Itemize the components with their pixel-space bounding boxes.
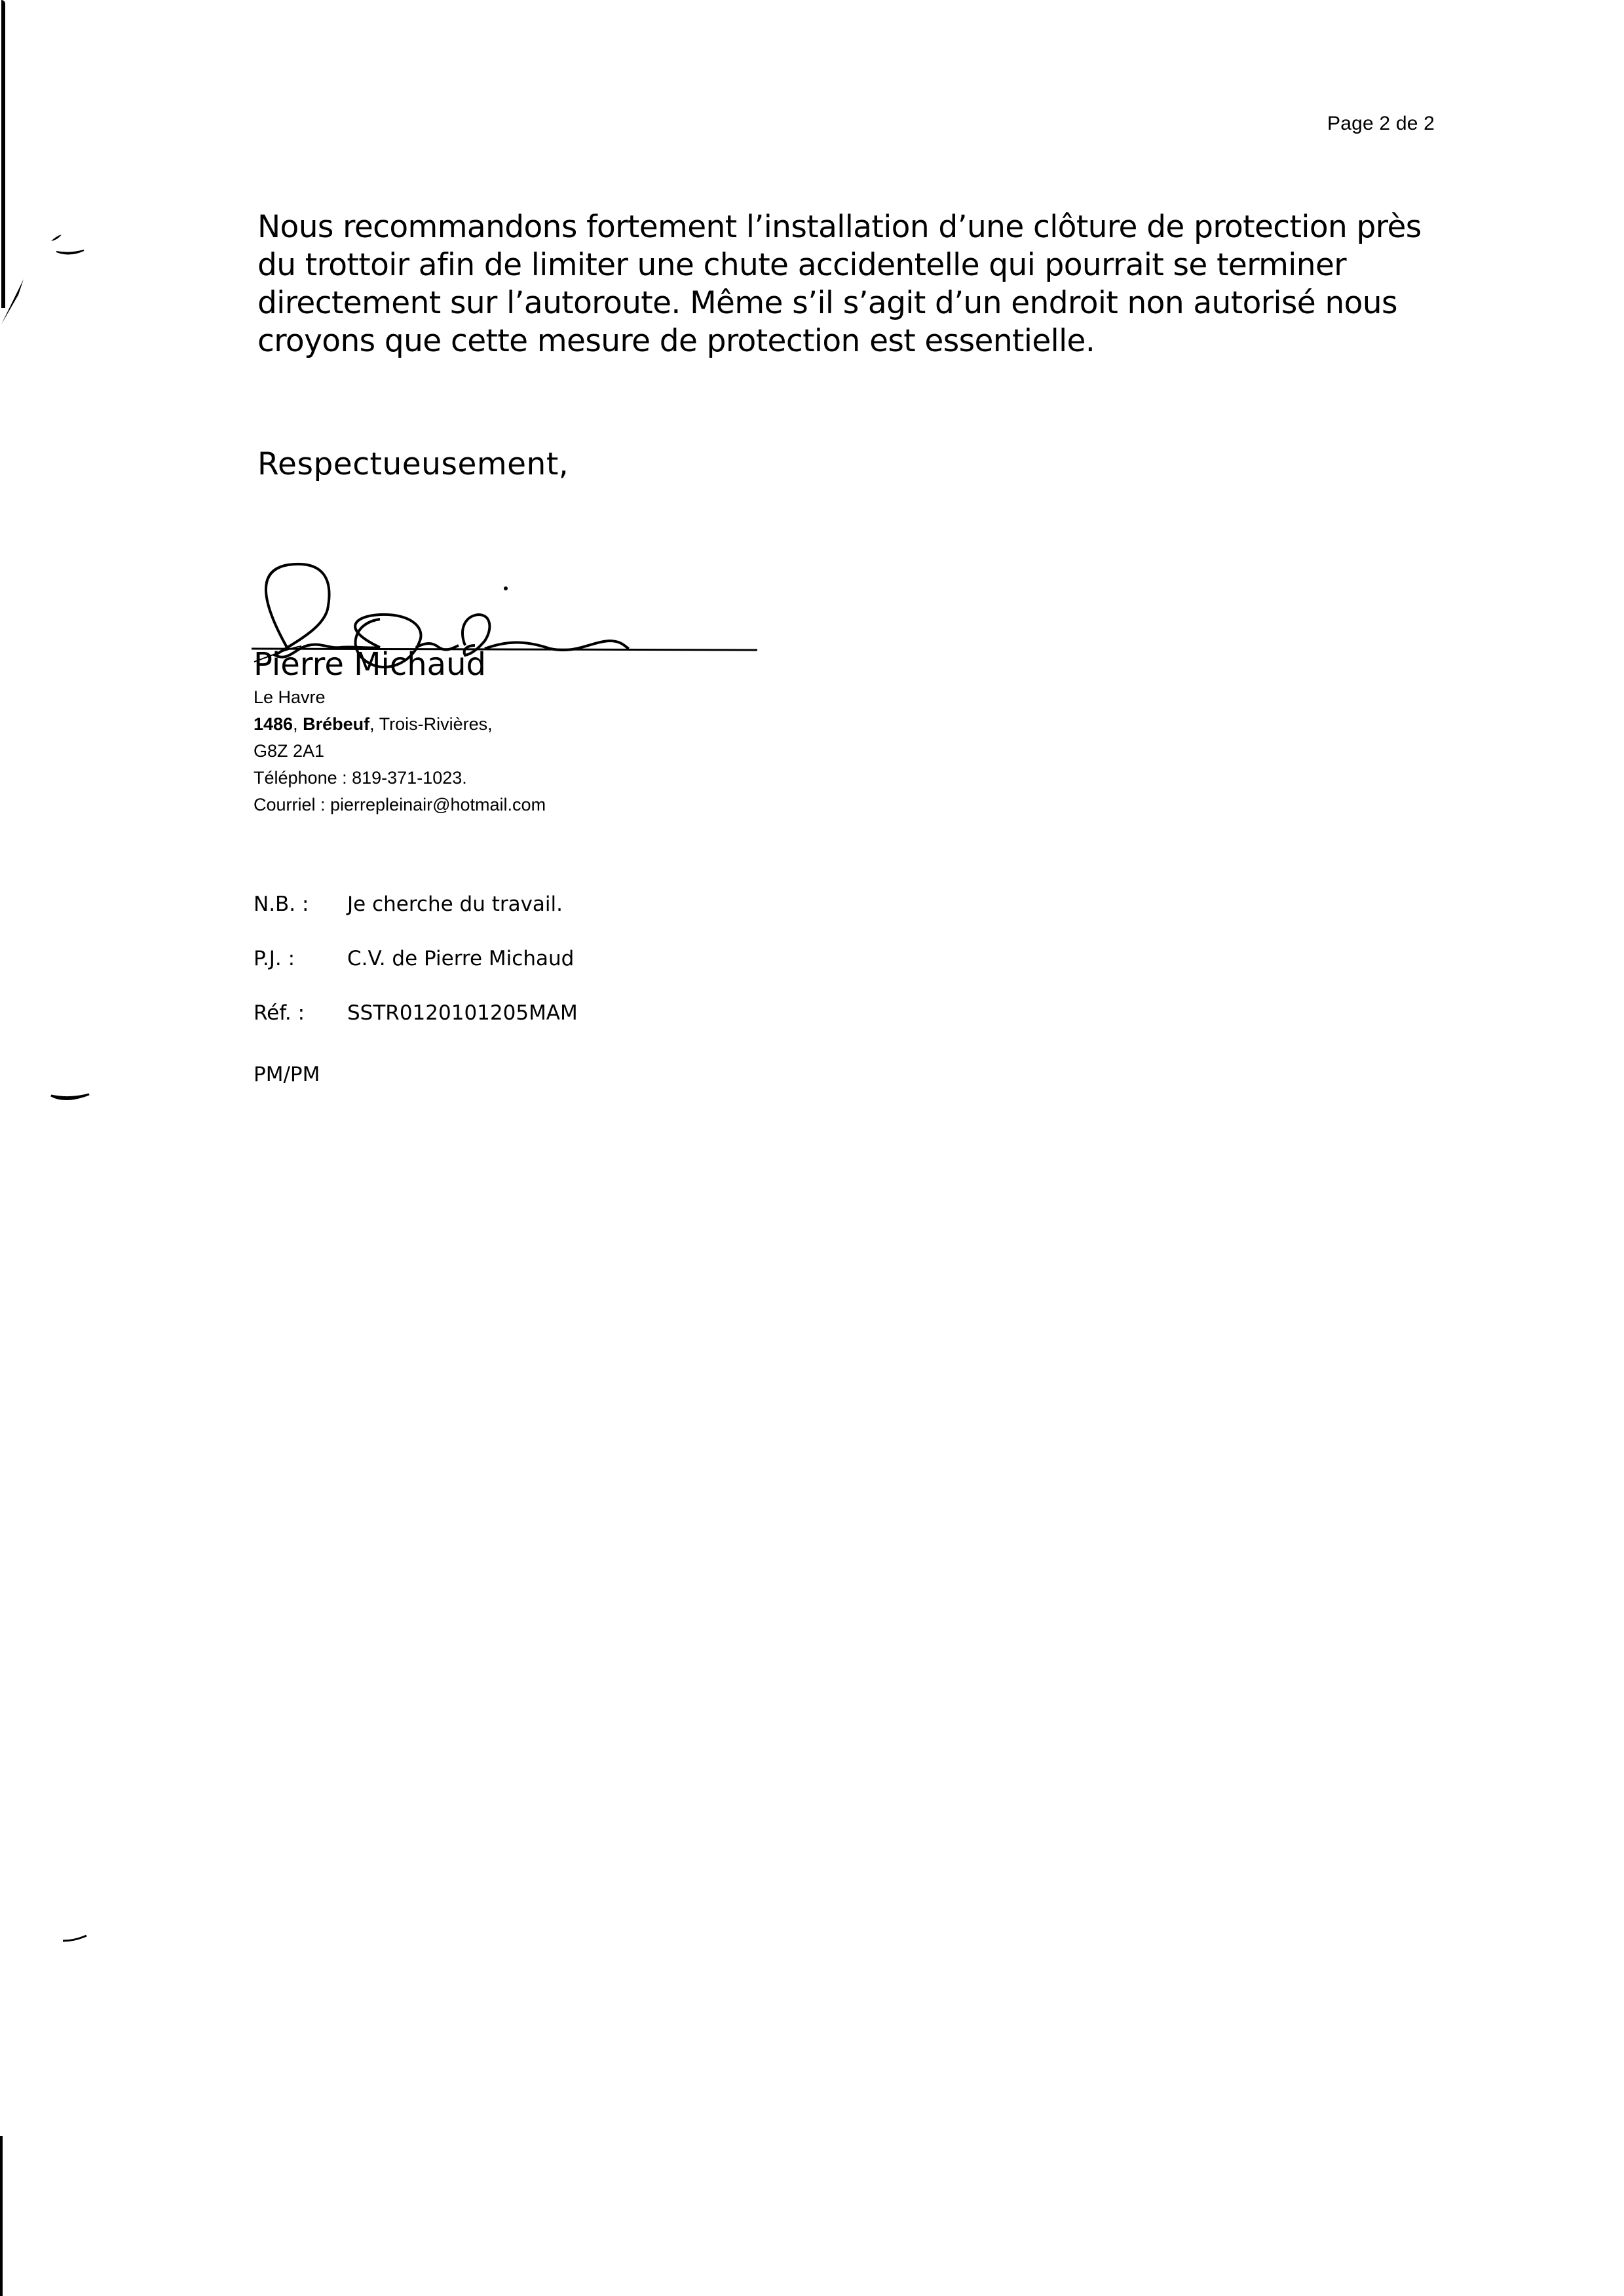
- scan-edge-line-bottom: [0, 2136, 3, 2296]
- note-row-ref: Réf. : SSTR0120101205MAM: [254, 1001, 578, 1056]
- email: Courriel : pierrepleinair@hotmail.com: [254, 792, 546, 818]
- margin-mark-icon: [46, 229, 92, 262]
- note-value: SSTR0120101205MAM: [347, 1001, 578, 1025]
- contact-block: Le Havre 1486, Brébeuf, Trois-Rivières, …: [254, 684, 546, 818]
- address-street: Brébeuf: [303, 714, 369, 734]
- notes-block: N.B. : Je cherche du travail. P.J. : C.V…: [254, 892, 578, 1056]
- scan-edge-line: [1, 0, 5, 308]
- address-number: 1486: [254, 714, 293, 734]
- note-label: Réf. :: [254, 1001, 347, 1025]
- typist-initials: PM/PM: [254, 1063, 320, 1086]
- signatory-name: Pierre Michaud: [254, 646, 486, 683]
- note-value: Je cherche du travail.: [347, 892, 563, 916]
- note-label: P.J. :: [254, 947, 347, 970]
- margin-mark-icon: [59, 1933, 92, 1946]
- note-row-nb: N.B. : Je cherche du travail.: [254, 892, 578, 947]
- address-city: , Trois-Rivières,: [369, 714, 493, 734]
- note-row-pj: P.J. : C.V. de Pierre Michaud: [254, 947, 578, 1001]
- margin-mark-icon: [46, 1088, 92, 1107]
- phone: Téléphone : 819-371-1023.: [254, 765, 546, 792]
- margin-stroke-icon: [0, 275, 26, 328]
- address-separator: ,: [293, 714, 303, 734]
- contact-address: 1486, Brébeuf, Trois-Rivières,: [254, 711, 546, 738]
- contact-line: Le Havre: [254, 684, 546, 711]
- postal-code: G8Z 2A1: [254, 738, 546, 765]
- body-paragraph: Nous recommandons fortement l’installati…: [257, 208, 1450, 360]
- note-value: C.V. de Pierre Michaud: [347, 947, 574, 970]
- closing-salutation: Respectueusement,: [257, 446, 569, 484]
- note-label: N.B. :: [254, 892, 347, 916]
- page-number: Page 2 de 2: [1327, 113, 1435, 135]
- letter-page: Page 2 de 2 Nous recommandons fortement …: [0, 0, 1624, 2296]
